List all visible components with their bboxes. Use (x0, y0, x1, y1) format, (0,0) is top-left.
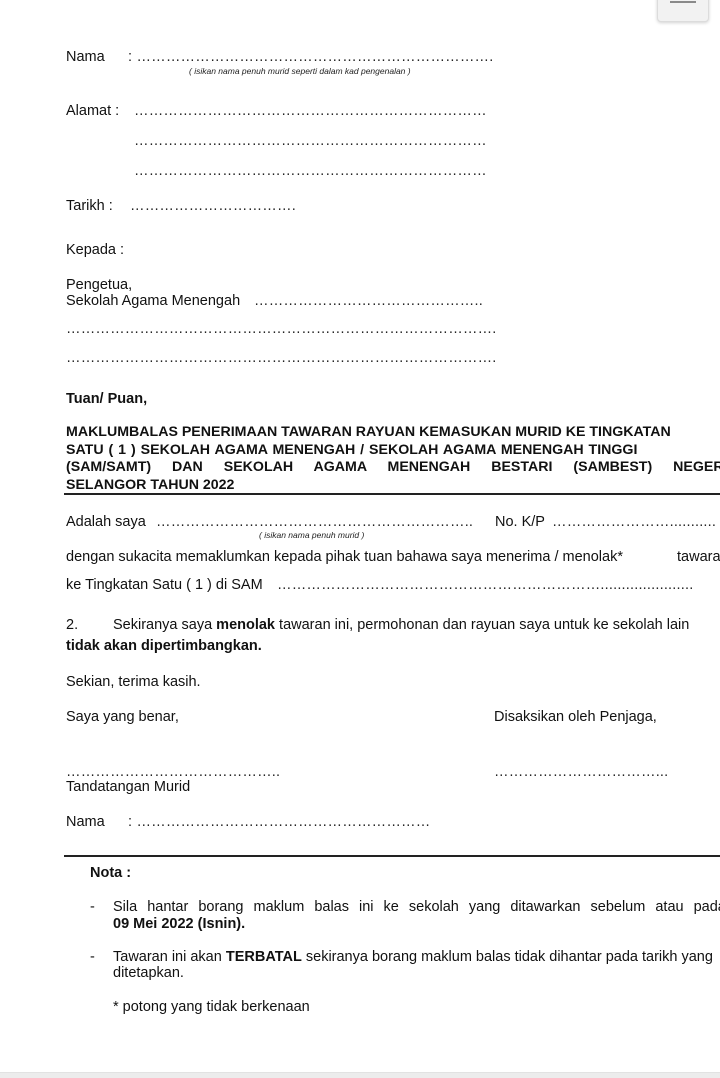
recipient-address-line-2[interactable]: ……………………………………………………………………………. (66, 350, 497, 366)
title-line-4: SELANGOR TAHUN 2022 (66, 477, 720, 495)
body-line-2: dengan sukacita memaklumkan kepada pihak… (66, 549, 623, 565)
signature-right-heading: Disaksikan oleh Penjaga, (494, 709, 657, 725)
alamat-field-line-3[interactable]: ……………………………………………………………… (134, 163, 487, 179)
document-title: MAKLUMBALAS PENERIMAAN TAWARAN RAYUAN KE… (66, 424, 720, 494)
nota-divider (64, 855, 720, 857)
title-divider (64, 493, 720, 495)
para-2-line-1: Sekiranya saya menolak tawaran ini, perm… (113, 617, 689, 633)
para-2-number: 2. (66, 617, 78, 633)
nota-item-2-bold: TERBATAL (226, 949, 302, 965)
nota-item-1-bullet: - (90, 899, 95, 915)
nota-item-1-line-2: 09 Mei 2022 (Isnin). (113, 916, 245, 932)
no-kp-field[interactable]: ……………………........... (552, 514, 716, 530)
sekolah-label: Sekolah Agama Menengah (66, 293, 240, 309)
nota-item-1-line-1: Sila hantar borang maklum balas ini ke s… (113, 899, 720, 915)
nota-item-2-post: sekiranya borang maklum balas tidak diha… (306, 949, 713, 965)
adalah-saya-label: Adalah saya (66, 514, 146, 530)
nota-item-2-line-1: Tawaran ini akan TERBATAL sekiranya bora… (113, 949, 713, 965)
footnote: * potong yang tidak berkenaan (113, 999, 310, 1015)
recipient-address-line-1[interactable]: ……………………………………………………………………………. (66, 321, 497, 337)
kepada-label: Kepada : (66, 242, 124, 258)
nota-item-2-line-2: ditetapkan. (113, 965, 184, 981)
student-signature-field[interactable]: …………………………………….. (66, 764, 280, 780)
nota-item-2-bullet: - (90, 949, 95, 965)
no-kp-label: No. K/P (495, 514, 545, 530)
title-line-1: MAKLUMBALAS PENERIMAAN TAWARAN RAYUAN KE… (66, 424, 720, 442)
student-name-field[interactable]: ……………………………………………………….. (156, 514, 473, 530)
para-2-pre: Sekiranya saya (113, 617, 212, 633)
sekolah-field[interactable]: ……………………………………….. (254, 293, 483, 309)
nama-field[interactable]: : ………………………………………………………………. (128, 49, 494, 65)
para-2-bold: menolak (216, 617, 275, 633)
title-line-2: SATU ( 1 ) SEKOLAH AGAMA MENENGAH / SEKO… (66, 442, 720, 460)
alamat-label: Alamat : (66, 103, 119, 119)
para-2-post: tawaran ini, permohonan dan rayuan saya … (279, 617, 689, 633)
body-line-3: ke Tingkatan Satu ( 1 ) di SAM (66, 577, 263, 593)
nota-heading: Nota : (90, 865, 131, 881)
alamat-field-line-2[interactable]: ……………………………………………………………… (134, 133, 487, 149)
salutation: Tuan/ Puan, (66, 391, 147, 407)
signature-caption: Tandatangan Murid (66, 779, 190, 795)
signature-left-heading: Saya yang benar, (66, 709, 179, 725)
alamat-field-line-1[interactable]: ……………………………………………………………… (134, 103, 487, 119)
closing: Sekian, terima kasih. (66, 674, 201, 690)
pengetua-label: Pengetua, (66, 277, 132, 293)
signature-nama-label: Nama (66, 814, 105, 830)
menu-button[interactable] (657, 0, 709, 22)
tarikh-label: Tarikh : (66, 198, 113, 214)
para-2-line-2: tidak akan dipertimbangkan. (66, 638, 262, 654)
nama-hint: ( isikan nama penuh murid seperti dalam … (189, 66, 411, 76)
bottom-scroll-bar (0, 1072, 720, 1078)
guardian-signature-field[interactable]: ……………………………... (494, 764, 668, 780)
nama-label: Nama (66, 49, 105, 65)
student-name-hint: ( isikan nama penuh murid ) (259, 530, 364, 540)
nota-item-2-pre: Tawaran ini akan (113, 949, 222, 965)
tarikh-field[interactable]: ……………………………. (130, 198, 296, 214)
body-line-2-tail: tawaran (677, 549, 720, 565)
signature-nama-field[interactable]: : …………………………………………………… (128, 814, 430, 830)
title-line-3: (SAM/SAMT) DAN SEKOLAH AGAMA MENENGAH BE… (66, 459, 720, 477)
school-name-field[interactable]: …………………………………………………………..................… (277, 577, 693, 593)
